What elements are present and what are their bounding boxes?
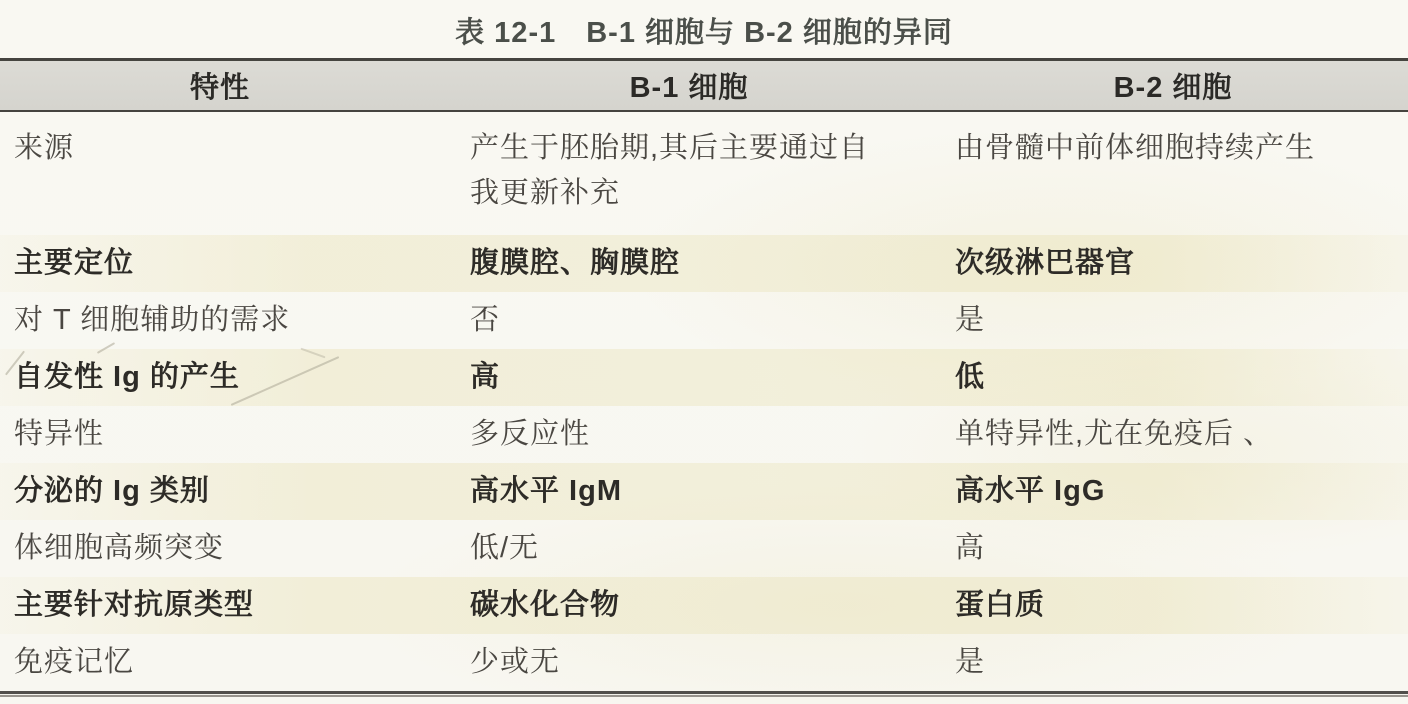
cell-b2-value: 高 [938,520,1408,577]
cell-b1-value: 多反应性 [440,406,938,463]
cell-feature: 自发性 Ig 的产生 [0,349,440,406]
cell-b1-value: 少或无 [440,634,938,691]
cell-b2-value: 单特异性,尤在免疫后 、 [938,406,1408,463]
column-header-b2-cells: B-2 细胞 [938,65,1408,106]
cell-b1-value: 产生于胚胎期,其后主要通过自我更新补充 [440,112,938,235]
table-row: 体细胞高频突变 低/无 高 [0,520,1408,577]
table-row: 分泌的 Ig 类别 高水平 IgM 高水平 IgG [0,463,1408,520]
table-row: 来源 产生于胚胎期,其后主要通过自我更新补充 由骨髓中前体细胞持续产生 [0,112,1408,235]
cell-feature: 来源 [0,112,440,235]
cell-b1-value: 低/无 [440,520,938,577]
table-body: 来源 产生于胚胎期,其后主要通过自我更新补充 由骨髓中前体细胞持续产生 主要定位… [0,112,1408,691]
cell-b2-value: 低 [938,349,1408,406]
cell-b1-value: 高 [440,349,938,406]
cell-b1-value: 否 [440,292,938,349]
table-bottom-rule [0,691,1408,699]
cell-b1-value: 腹膜腔、胸膜腔 [440,235,938,292]
table-row: 特异性 多反应性 单特异性,尤在免疫后 、 [0,406,1408,463]
cell-b2-value: 高水平 IgG [938,463,1408,520]
cell-feature: 免疫记忆 [0,634,440,691]
table-header-row: 特性 B-1 细胞 B-2 细胞 [0,58,1408,112]
cell-feature: 主要定位 [0,235,440,292]
cell-feature: 主要针对抗原类型 [0,577,440,634]
table-row: 自发性 Ig 的产生 高 低 [0,349,1408,406]
table-caption-title: B-1 细胞与 B-2 细胞的异同 [586,10,953,51]
cell-feature: 分泌的 Ig 类别 [0,463,440,520]
cell-b1-value: 碳水化合物 [440,577,938,634]
table-caption: 表 12-1 B-1 细胞与 B-2 细胞的异同 [0,0,1408,58]
cell-feature: 对 T 细胞辅助的需求 [0,292,440,349]
table-caption-label: 表 12-1 [455,10,556,51]
cell-feature: 特异性 [0,406,440,463]
cell-b2-value: 次级淋巴器官 [938,235,1408,292]
comparison-table: 特性 B-1 细胞 B-2 细胞 来源 产生于胚胎期,其后主要通过自我更新补充 … [0,58,1408,699]
cell-b1-value: 高水平 IgM [440,463,938,520]
table-row: 对 T 细胞辅助的需求 否 是 [0,292,1408,349]
cell-b2-value: 蛋白质 [938,577,1408,634]
column-header-feature: 特性 [0,65,440,106]
cell-feature: 体细胞高频突变 [0,520,440,577]
scanned-page: 表 12-1 B-1 细胞与 B-2 细胞的异同 特性 B-1 细胞 B-2 细… [0,0,1408,704]
cell-b2-value: 是 [938,292,1408,349]
column-header-b1-cells: B-1 细胞 [440,65,938,106]
cell-b2-value: 是 [938,634,1408,691]
table-row: 免疫记忆 少或无 是 [0,634,1408,691]
table-row: 主要针对抗原类型 碳水化合物 蛋白质 [0,577,1408,634]
cell-b2-value: 由骨髓中前体细胞持续产生 [938,112,1408,235]
table-row: 主要定位 腹膜腔、胸膜腔 次级淋巴器官 [0,235,1408,292]
